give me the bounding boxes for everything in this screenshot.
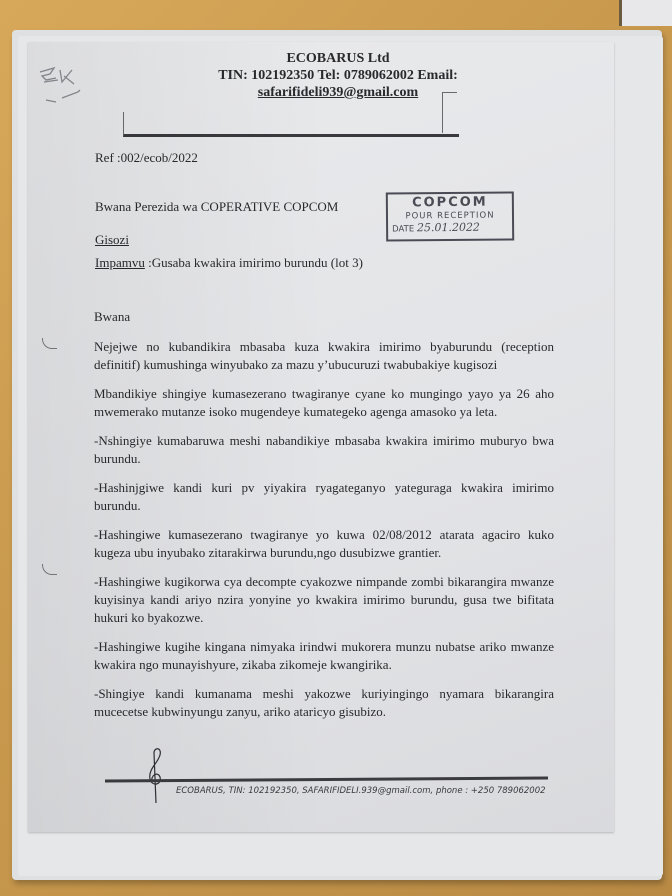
subject-label: Impamvu xyxy=(95,255,145,270)
signature-icon xyxy=(142,745,172,807)
body-paragraph: -Hashingiwe kugihe kingana nimyaka irind… xyxy=(94,638,554,674)
reception-stamp: COPCOM POUR RECEPTION DATE 25.01.2022 xyxy=(386,191,514,241)
body-paragraph: -Shingiye kandi kumanama meshi yakozwe k… xyxy=(94,685,554,721)
body-paragraph: -Hashinjgiwe kandi kuri pv yiyakira ryag… xyxy=(94,479,554,515)
company-tin-tel: TIN: 102192350 Tel: 0789062002 Email: xyxy=(168,67,508,84)
subject-text: :Gusaba kwakira imirimo burundu (lot 3) xyxy=(145,255,363,270)
body-paragraph: -Hashingiwe kugikorwa cya decompte cyako… xyxy=(94,573,554,627)
company-name: ECOBARUS Ltd xyxy=(168,50,508,67)
stamp-title: COPCOM xyxy=(388,194,512,210)
subject-line: Impamvu :Gusaba kwakira imirimo burundu … xyxy=(95,255,363,271)
stamp-date-value: 25.01.2022 xyxy=(417,221,480,235)
header-corner-mark xyxy=(442,92,457,133)
body-paragraph: -Hashingiwe kumasezerano twagiranye yo k… xyxy=(94,526,554,562)
letter-page: ECOBARUS Ltd TIN: 102192350 Tel: 0789062… xyxy=(28,42,614,832)
stamp-subtitle: POUR RECEPTION xyxy=(388,210,512,221)
salutation: Bwana xyxy=(94,308,554,326)
addressee: Bwana Perezida wa COPERATIVE COPCOM xyxy=(95,199,338,215)
footer-contact: ECOBARUS, TIN: 102192350, SAFARIFIDELI.9… xyxy=(176,786,546,796)
body-paragraph: -Nshingiye kumabaruwa meshi nabandikiye … xyxy=(94,432,554,468)
company-email: safarifideli939@gmail.com xyxy=(168,84,508,101)
addressee-place: Gisozi xyxy=(95,232,129,248)
body-paragraph: Nejejwe no kubandikira mbasaba kuza kwak… xyxy=(94,338,554,374)
letterhead: ECOBARUS Ltd TIN: 102192350 Tel: 0789062… xyxy=(168,50,508,101)
reference-number: Ref :002/ecob/2022 xyxy=(95,150,198,166)
stamp-date: DATE 25.01.2022 xyxy=(388,220,512,234)
body-paragraph: Mbandikiye shingiye kumasezerano twagira… xyxy=(94,385,554,421)
handwritten-mark-icon xyxy=(32,60,92,130)
stamp-date-label: DATE xyxy=(392,224,414,234)
background-object xyxy=(619,0,672,26)
margin-tick-icon xyxy=(42,338,57,349)
header-divider xyxy=(123,112,459,137)
margin-tick-icon xyxy=(42,564,57,575)
letter-body: Bwana Nejejwe no kubandikira mbasaba kuz… xyxy=(94,308,554,732)
